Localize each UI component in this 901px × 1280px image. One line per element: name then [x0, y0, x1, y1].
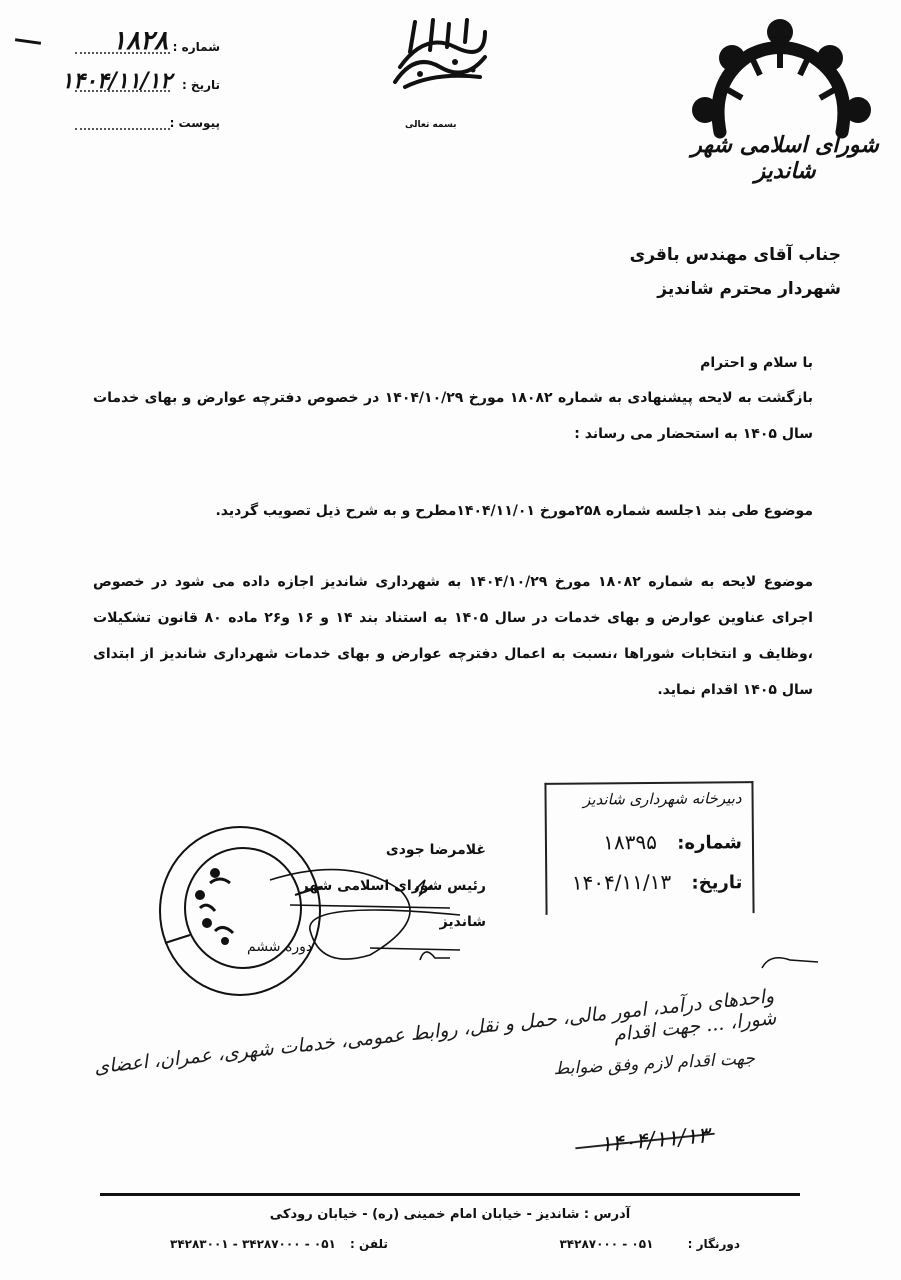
dotted-line [75, 128, 170, 130]
footer-address: آدرس : شاندیز - خیابان امام خمینی (ره) -… [150, 1207, 750, 1222]
signature-scribble-icon [250, 860, 470, 970]
greeting: با سلام و احترام [93, 345, 813, 381]
body-paragraph-1: بازگشت به لایحه پیشنهادی به شماره ۱۸۰۸۲ … [93, 380, 813, 452]
council-logo-text: شورای اسلامی شهر شاندیز [690, 132, 880, 184]
stamp-number: شماره: ۱۸۳۹۵ [603, 829, 742, 854]
letter-date-label: تاریخ : [182, 78, 220, 92]
secretariat-stamp: دبیرخانه شهرداری شاندیز شماره: ۱۸۳۹۵ تار… [544, 781, 754, 915]
handwritten-stroke-icon [760, 948, 820, 978]
stamp-date-value: ۱۴۰۴/۱۱/۱۳ [572, 870, 672, 895]
stamp-date: تاریخ: ۱۴۰۴/۱۱/۱۳ [572, 869, 743, 894]
addressee-title: شهردار محترم شاندیز [441, 272, 841, 306]
pen-mark [15, 38, 41, 45]
fax-value: ۰۵۱ - ۳۴۲۸۷۰۰۰ [559, 1237, 653, 1251]
letter-number-label: شماره : [173, 40, 220, 54]
letter-number-value: ۱۸۲۸ [112, 26, 168, 56]
fax-label: دورنگار : [688, 1237, 740, 1251]
bismillah: بسمه تعالی [405, 120, 457, 130]
stamp-title: دبیرخانه شهرداری شاندیز [583, 789, 742, 808]
body-paragraph-2: موضوع طی بند ۱جلسه شماره ۲۵۸مورخ ۱۴۰۴/۱۱… [93, 493, 813, 529]
letter-number-row: شماره : ۱۸۲۸ [60, 30, 220, 68]
letter-date-value: ۱۴۰۴/۱۱/۱۲ [61, 68, 172, 94]
handwritten-date: ۱۴۰۴/۱۱/۱۳ [599, 1123, 710, 1157]
phone-value: ۰۵۱ - ۳۴۲۸۷۰۰۰ - ۳۴۲۸۳۰۰۱ [170, 1237, 336, 1251]
body-paragraph-3: موضوع لایحه به شماره ۱۸۰۸۲ مورخ ۱۴۰۴/۱۰/… [93, 564, 813, 708]
letter-page: شماره : ۱۸۲۸ تاریخ : ۱۴۰۴/۱۱/۱۲ پیوست : … [0, 0, 901, 1280]
addressee-block: جناب آقای مهندس باقری شهردار محترم شاندی… [441, 238, 841, 306]
calligraphy-emblem-icon [385, 12, 495, 92]
stamp-date-label: تاریخ: [691, 872, 742, 893]
letter-attachment-row: پیوست : [60, 106, 220, 144]
letter-date-row: تاریخ : ۱۴۰۴/۱۱/۱۲ [60, 68, 220, 106]
handwritten-action-note: جهت اقدام لازم وفق ضوابط [515, 1049, 756, 1082]
stamp-number-value: ۱۸۳۹۵ [603, 830, 657, 854]
letter-attachment-label: پیوست : [170, 116, 220, 130]
footer-divider [100, 1193, 800, 1196]
footer-fax: دورنگار : ۰۵۱ - ۳۴۲۸۷۰۰۰ [530, 1237, 740, 1251]
addressee-name: جناب آقای مهندس باقری [441, 238, 841, 272]
stamp-number-label: شماره: [677, 832, 742, 854]
footer-phone: تلفن : ۰۵۱ - ۳۴۲۸۷۰۰۰ - ۳۴۲۸۳۰۰۱ [170, 1237, 388, 1251]
letter-meta: شماره : ۱۸۲۸ تاریخ : ۱۴۰۴/۱۱/۱۲ پیوست : [60, 30, 220, 144]
phone-label: تلفن : [350, 1237, 388, 1251]
